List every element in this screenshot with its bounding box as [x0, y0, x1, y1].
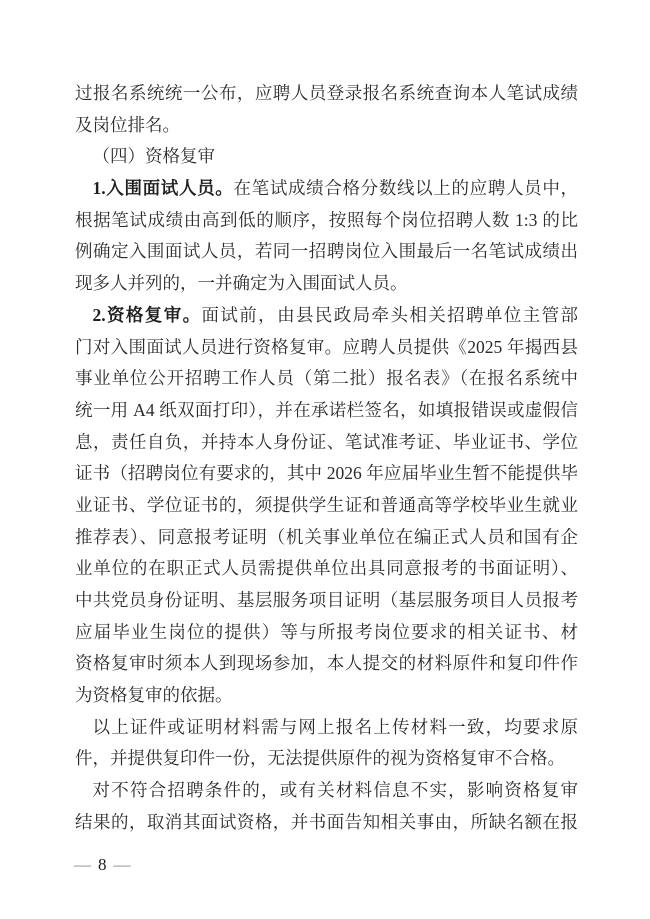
text-run: 证书（招聘岗位有要求的，其中 2026 年应届毕业生暂不能提供毕 [75, 463, 578, 483]
text-run: 过报名系统统一公布，应聘人员登录报名系统查询本人笔试成绩 [75, 83, 578, 103]
text-line: 业单位的在职正式人员需提供单位出具同意报考的书面证明）、 [75, 553, 578, 585]
text-run: 中共党员身份证明、基层服务项目证明（基层服务项目人员报考 [75, 590, 578, 610]
text-line: 及岗位排名。 [75, 110, 578, 142]
text-run: 结果的，取消其面试资格，并书面告知相关事由，所缺名额在报 [75, 812, 578, 832]
text-line: 件，并提供复印件一份，无法提供原件的视为资格复审不合格。 [75, 743, 578, 775]
text-run: 为资格复审的依据。 [75, 685, 233, 705]
text-line: 中共党员身份证明、基层服务项目证明（基层服务项目人员报考 [75, 585, 578, 617]
text-line: 对不符合招聘条件的，或有关材料信息不实，影响资格复审 [75, 775, 578, 807]
text-run: 应届毕业生岗位的提供）等与所报考岗位要求的相关证书、材料。 [75, 622, 578, 649]
text-line: 为资格复审的依据。 [75, 680, 578, 712]
document-body: 过报名系统统一公布，应聘人员登录报名系统查询本人笔试成绩及岗位排名。（四）资格复… [75, 78, 578, 839]
text-run: 对不符合招聘条件的，或有关材料信息不实，影响资格复审 [93, 780, 579, 800]
text-run: （四）资格复审 [93, 146, 216, 166]
text-run: 根据笔试成绩由高到低的顺序，按照每个岗位招聘人数 1:3 的比 [75, 210, 578, 230]
text-line: 根据笔试成绩由高到低的顺序，按照每个岗位招聘人数 1:3 的比 [75, 205, 578, 237]
text-line: 结果的，取消其面试资格，并书面告知相关事由，所缺名额在报 [75, 807, 578, 839]
text-run: 门对入围面试人员进行资格复审。应聘人员提供《2025 年揭西县 [75, 337, 578, 357]
text-line: 2.资格复审。面试前，由县民政局牵头相关招聘单位主管部 [75, 300, 578, 332]
text-run: 息，责任自负，并持本人身份证、笔试准考证、毕业证书、学位 [75, 432, 578, 452]
text-line: 资格复审时须本人到现场参加，本人提交的材料原件和复印件作 [75, 648, 578, 680]
text-run: 业单位的在职正式人员需提供单位出具同意报考的书面证明）、 [75, 558, 578, 578]
text-run: 现多人并列的，一并确定为入围面试人员。 [75, 273, 408, 293]
text-run: 件，并提供复印件一份，无法提供原件的视为资格复审不合格。 [75, 748, 565, 768]
text-run: 事业单位公开招聘工作人员（第二批）报名表》（在报名系统中 [75, 368, 578, 388]
text-line: 息，责任自负，并持本人身份证、笔试准考证、毕业证书、学位 [75, 427, 578, 459]
text-run: 及岗位排名。 [75, 115, 180, 135]
text-line: 应届毕业生岗位的提供）等与所报考岗位要求的相关证书、材料。 [75, 617, 578, 649]
text-line: 1.入围面试人员。在笔试成绩合格分数线以上的应聘人员中， [75, 173, 578, 205]
text-run: 面试前，由县民政局牵头相关招聘单位主管部 [202, 305, 579, 325]
text-line: 以上证件或证明材料需与网上报名上传材料一致，均要求原 [75, 712, 578, 744]
page-number: —8— [74, 854, 131, 876]
text-line: 证书（招聘岗位有要求的，其中 2026 年应届毕业生暂不能提供毕 [75, 458, 578, 490]
bold-heading-run: 1.入围面试人员。 [93, 178, 234, 198]
text-run: 资格复审时须本人到现场参加，本人提交的材料原件和复印件作 [75, 653, 578, 673]
text-line: 门对入围面试人员进行资格复审。应聘人员提供《2025 年揭西县 [75, 332, 578, 364]
text-line: 业证书、学位证书的，须提供学生证和普通高等学校毕业生就业 [75, 490, 578, 522]
text-run: 例确定入围面试人员，若同一招聘岗位入围最后一名笔试成绩出 [75, 241, 578, 261]
text-run: 推荐表）、同意报考证明（机关事业单位在编正式人员和国有企 [75, 527, 578, 547]
page-number-dash-right: — [114, 855, 131, 874]
text-run: 统一用 A4 纸双面打印），并在承诺栏签名，如填报错误或虚假信 [75, 400, 578, 420]
text-run: 以上证件或证明材料需与网上报名上传材料一致，均要求原 [93, 717, 579, 737]
text-line: 现多人并列的，一并确定为入围面试人员。 [75, 268, 578, 300]
text-line: 例确定入围面试人员，若同一招聘岗位入围最后一名笔试成绩出 [75, 236, 578, 268]
text-line: 推荐表）、同意报考证明（机关事业单位在编正式人员和国有企 [75, 522, 578, 554]
text-run: 在笔试成绩合格分数线以上的应聘人员中， [233, 178, 578, 198]
page-number-dash-left: — [74, 855, 91, 874]
text-line: 统一用 A4 纸双面打印），并在承诺栏签名，如填报错误或虚假信 [75, 395, 578, 427]
text-run: 业证书、学位证书的，须提供学生证和普通高等学校毕业生就业 [75, 495, 578, 515]
text-line: 过报名系统统一公布，应聘人员登录报名系统查询本人笔试成绩 [75, 78, 578, 110]
text-line: （四）资格复审 [75, 141, 578, 173]
document-page: 过报名系统统一公布，应聘人员登录报名系统查询本人笔试成绩及岗位排名。（四）资格复… [0, 0, 650, 919]
page-number-value: 8 [98, 855, 107, 874]
bold-heading-run: 2.资格复审。 [93, 305, 202, 325]
text-line: 事业单位公开招聘工作人员（第二批）报名表》（在报名系统中 [75, 363, 578, 395]
